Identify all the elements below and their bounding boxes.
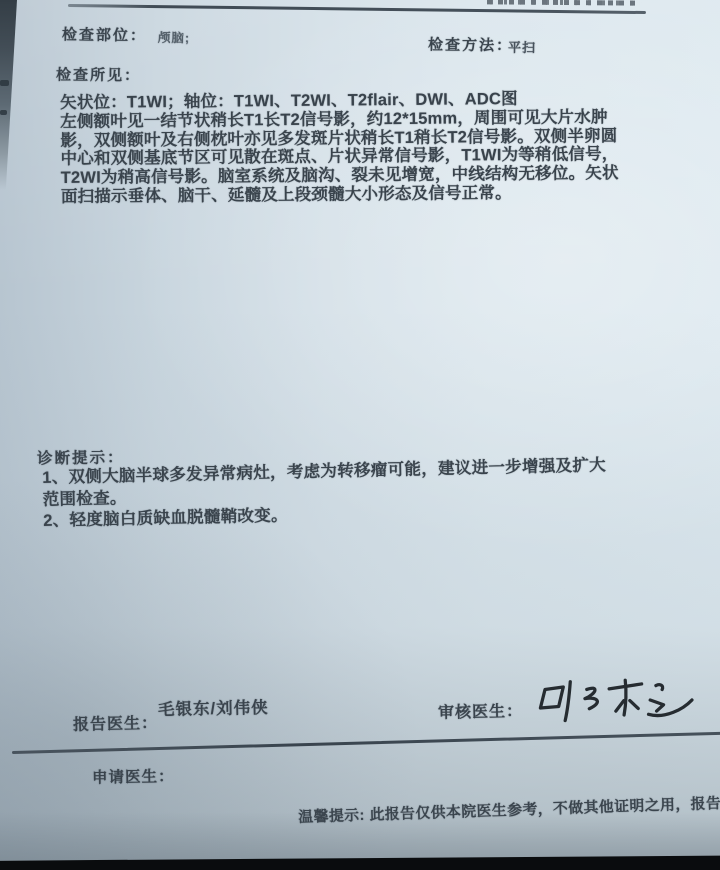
medical-report-photo: 检查部位： 颅脑; 检查方法： 平扫 检查所见： 矢状位：T1WI；轴位：T1W…	[0, 0, 720, 870]
left-edge-notch-1	[0, 80, 9, 86]
findings-paragraph: 矢状位：T1WI；轴位：T1WI、T2WI、T2flair、DWI、ADC图 左…	[60, 88, 720, 207]
findings-section-label: 检查所见：	[56, 64, 141, 86]
report-doctor-label: 报告医生：	[73, 710, 158, 735]
left-edge-notch-2	[0, 110, 7, 115]
reviewer-signature-handwriting-icon	[527, 672, 696, 728]
exam-site-value: 颅脑;	[158, 28, 190, 46]
exam-site-label: 检查部位：	[62, 23, 147, 45]
diagnosis-section-label: 诊断提示：	[37, 445, 125, 468]
request-doctor-label: 申请医生：	[92, 764, 175, 787]
exam-method-value: 平扫	[508, 37, 536, 56]
review-doctor-label: 审核医生：	[438, 698, 523, 723]
report-doctor-name: 毛银东/刘伟侠	[158, 694, 269, 720]
exam-method-label: 检查方法：	[428, 34, 513, 56]
